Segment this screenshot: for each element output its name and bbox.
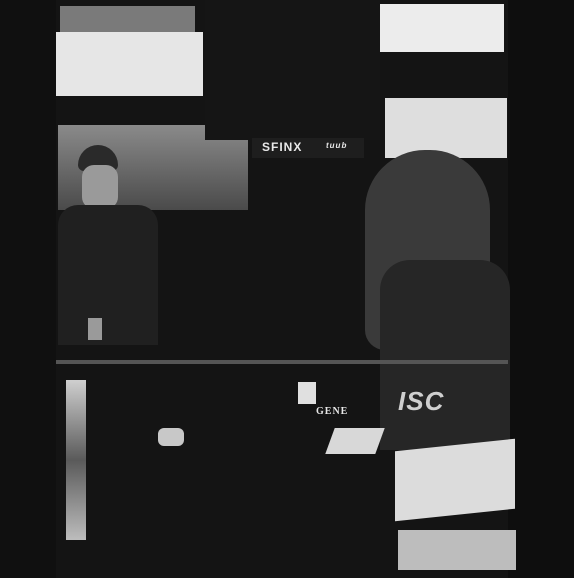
- window-light-right: [385, 98, 507, 158]
- window-light-top-right: [380, 4, 504, 52]
- window-light-left: [55, 32, 203, 96]
- box-item: [298, 382, 316, 404]
- cup-left: [158, 428, 184, 446]
- photograph: SFINX tuub ISC GENE: [0, 0, 574, 578]
- bottom-object: [398, 530, 516, 570]
- glass-reflection: [66, 380, 86, 540]
- counter-top: [56, 360, 508, 364]
- paper-on-counter: [325, 428, 384, 454]
- sign-small-brand: tuub: [326, 141, 347, 150]
- dark-frame-right: [508, 0, 574, 578]
- dark-pillar: [205, 0, 380, 140]
- ceiling-left: [60, 6, 195, 32]
- man-face: [82, 165, 118, 209]
- woman-body: [380, 260, 510, 450]
- paper-sheet-right: [395, 439, 515, 522]
- sleeve-text: ISC: [398, 386, 444, 417]
- box-label-gene: GENE: [316, 406, 348, 417]
- man-hand: [88, 318, 102, 340]
- man-body: [58, 205, 158, 345]
- dark-frame-left: [0, 0, 56, 578]
- sign-sfinx: SFINX: [262, 140, 302, 154]
